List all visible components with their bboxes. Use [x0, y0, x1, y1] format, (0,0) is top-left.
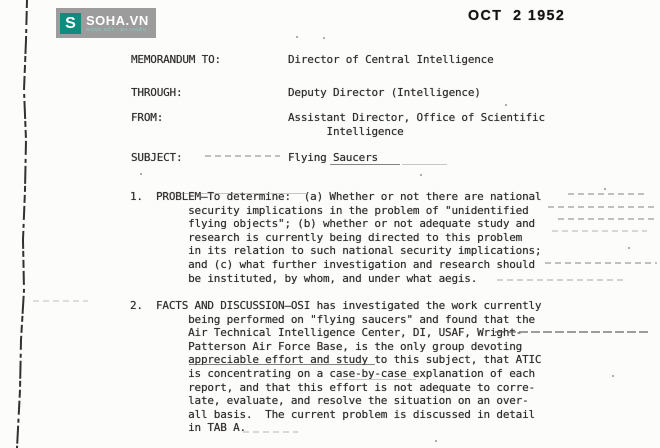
- memo-paragraph-1: 1. PROBLEM—To determine: (a) Whether or …: [156, 190, 541, 285]
- memo-field-value: Assistant Director, Office of Scientific…: [288, 111, 545, 138]
- memo-field-label: SUBJECT:: [131, 151, 182, 164]
- scan-speck: [296, 36, 298, 38]
- memo-field-label: THROUGH:: [131, 86, 182, 99]
- document-page: S SOHA.VN NÓNG SỐT - ĐA CHIỀU OCT 2 1952…: [0, 0, 660, 448]
- scan-speck: [505, 104, 507, 106]
- memo-field-label: MEMORANDUM TO:: [131, 53, 221, 66]
- scan-artifact: [205, 155, 280, 157]
- scan-artifact: [402, 164, 447, 165]
- scan-speck: [628, 247, 630, 249]
- memo-field-value: Deputy Director (Intelligence): [288, 86, 481, 100]
- scan-speck: [420, 174, 422, 176]
- scan-speck: [435, 440, 437, 442]
- memo-field-label: FROM:: [131, 111, 163, 124]
- scan-artifact: [545, 262, 657, 264]
- scan-artifact: [548, 206, 658, 208]
- soha-tagline: NÓNG SỐT - ĐA CHIỀU: [86, 27, 149, 33]
- soha-watermark: S SOHA.VN NÓNG SỐT - ĐA CHIỀU: [56, 8, 156, 38]
- memo-field-value: Director of Central Intelligence: [288, 53, 494, 67]
- soha-logo-text: SOHA.VN NÓNG SỐT - ĐA CHIỀU: [86, 14, 149, 33]
- paragraph-text: PROBLEM—To determine: (a) Whether or not…: [156, 190, 541, 285]
- scan-artifact: [558, 218, 658, 220]
- paragraph-text: FACTS AND DISCUSSION—OSI has investigate…: [156, 299, 541, 435]
- scan-artifact: [552, 230, 647, 232]
- paragraph-number: 2.: [130, 299, 143, 312]
- scan-speck: [140, 173, 142, 175]
- scan-speck: [612, 375, 614, 377]
- date-stamp: OCT 2 1952: [468, 7, 565, 24]
- scan-speck: [604, 188, 606, 190]
- scan-artifact: [33, 300, 88, 302]
- memo-field-value: Flying Saucers: [288, 151, 378, 165]
- scan-speck: [323, 37, 325, 39]
- soha-logo-initial: S: [65, 15, 76, 32]
- page-edge-line: [0, 0, 40, 448]
- paragraph-number: 1.: [130, 190, 143, 203]
- soha-logo-icon: S: [60, 13, 81, 34]
- scan-artifact: [568, 193, 648, 195]
- soha-brand-text: SOHA.VN: [86, 14, 149, 27]
- memo-paragraph-2: 2. FACTS AND DISCUSSION—OSI has investig…: [156, 299, 541, 435]
